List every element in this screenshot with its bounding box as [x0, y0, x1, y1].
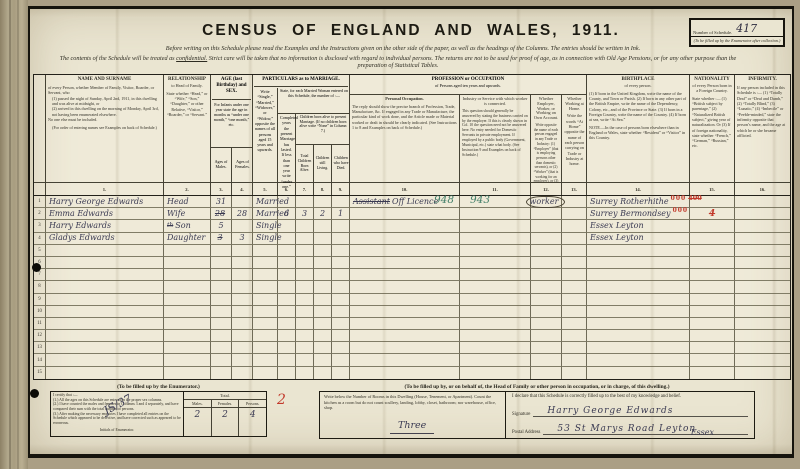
- instruction-line-1b-text: The entries should be written in Ink.: [551, 45, 641, 52]
- row-1-occ-text: Off Licence: [392, 197, 438, 207]
- row-9-years: [278, 294, 296, 306]
- row-8-ind: [460, 281, 531, 293]
- schedule-number-label: Number of Schedule.: [693, 30, 732, 35]
- row-10-num: 10: [34, 306, 46, 318]
- table-row-2: 2Emma EdwardsWife2828Married6321Surrey B…: [34, 208, 790, 220]
- row-10-nat: [690, 306, 735, 318]
- header-age-group: AGE (last Birthday) and SEX. For Infants…: [211, 75, 253, 182]
- row-3-wk: [531, 220, 562, 232]
- row-13-name: [46, 342, 164, 354]
- row-2-name: Emma Edwards: [46, 208, 164, 220]
- row-10-occ: [350, 306, 460, 318]
- header-age-title: AGE (last Birthday) and SEX.: [212, 77, 251, 100]
- totals-header: Total.: [184, 392, 266, 400]
- row-1-living: [314, 196, 332, 208]
- row-2-name-text: Emma Edwards: [49, 209, 113, 219]
- row-14-inf: [735, 354, 790, 366]
- row-10-died: [332, 306, 350, 318]
- row-7-inf: [735, 269, 790, 281]
- row-2-birth-text: 000: [673, 207, 689, 214]
- row-14-rel: [164, 354, 211, 366]
- header-profession-group: PROFESSION or OCCUPATION of Persons aged…: [350, 75, 587, 182]
- row-2-inf: [735, 208, 790, 220]
- row-9-rel: [164, 294, 211, 306]
- row-14-born: [296, 354, 314, 366]
- page-title: CENSUS OF ENGLAND AND WALES, 1911.: [30, 22, 792, 40]
- colnum-14: 14.: [587, 183, 690, 195]
- row-11-ind: [460, 318, 531, 330]
- row-2-living: 2: [314, 208, 332, 220]
- row-8-home: [562, 281, 587, 293]
- header-condition-body: Write “Single,” “Married,” “Widower,” or…: [253, 88, 278, 182]
- row-6-cond: [253, 257, 278, 269]
- row-4-age_f-text: 3: [239, 233, 244, 243]
- row-4-wk: [531, 233, 562, 245]
- colnum-13: 13.: [562, 183, 587, 195]
- row-9-num: 9: [34, 294, 46, 306]
- header-infirmity: INFIRMITY. If any person included in thi…: [735, 75, 790, 182]
- row-2-ind: [460, 208, 531, 220]
- row-5-age_f: [232, 245, 253, 257]
- row-2-died-text: 1: [338, 209, 343, 219]
- header-children-living: Children still Living.: [314, 145, 332, 182]
- row-13-occ: [350, 342, 460, 354]
- colnum-1: 1.: [46, 183, 164, 195]
- row-6-died: [332, 257, 350, 269]
- confidential-underlined: confidential.: [176, 55, 207, 62]
- row-8-name: [46, 281, 164, 293]
- row-5-home: [562, 245, 587, 257]
- row-15-ind: [460, 367, 531, 379]
- row-15-num: 15: [34, 367, 46, 379]
- row-12-years: [278, 330, 296, 342]
- household-box: Write below the Number of Rooms in this …: [319, 391, 755, 439]
- instruction-line-1-text: Before writing on this Schedule please r…: [166, 45, 549, 52]
- row-7-cond: [253, 269, 278, 281]
- row-2-nat-text: 4: [709, 209, 715, 219]
- header-personal-occupation: Personal Occupation. The reply should sh…: [350, 95, 460, 182]
- row-3-rel-text: th: [167, 221, 173, 231]
- row-7-nat: [690, 269, 735, 281]
- row-7-occ: [350, 269, 460, 281]
- header-birthplace: BIRTHPLACE of every person. (1) If born …: [587, 75, 690, 182]
- row-14-home: [562, 354, 587, 366]
- header-name-item2: (2) arrived in this dwelling on the morn…: [48, 106, 161, 117]
- table-row-13: 13: [34, 342, 790, 354]
- row-1-name: Harry George Edwards: [46, 196, 164, 208]
- females-label: Females.: [212, 400, 239, 408]
- row-11-years: [278, 318, 296, 330]
- row-13-wk: [531, 342, 562, 354]
- row-8-living: [314, 281, 332, 293]
- row-3-rel: thSon: [164, 220, 211, 232]
- address-label: Postal Address: [512, 430, 540, 435]
- row-1-age_m-text: 31: [216, 197, 226, 207]
- totals-males-col: Males. 2: [184, 400, 212, 436]
- rooms-value: Three: [390, 420, 434, 434]
- row-2-nat: 4: [690, 208, 735, 220]
- row-13-nat: [690, 342, 735, 354]
- colnum-7: 7.: [296, 183, 314, 195]
- row-10-born: [296, 306, 314, 318]
- table-row-3: 3Harry EdwardsthSon5SingleEssex Leyton: [34, 220, 790, 232]
- row-2-age_f: 28: [232, 208, 253, 220]
- row-11-died: [332, 318, 350, 330]
- header-nationality-sub: of every Person born in a Foreign Countr…: [691, 84, 733, 94]
- row-1-age_f: [232, 196, 253, 208]
- row-13-rel: [164, 342, 211, 354]
- row-9-living: [314, 294, 332, 306]
- header-years-married-body: Completed years the present Marriage has…: [278, 114, 296, 182]
- persons-label: Persons.: [239, 400, 266, 408]
- table-row-14: 14: [34, 354, 790, 366]
- row-4-num: 4: [34, 233, 46, 245]
- header-married-woman-title: State, for each Married Woman entered on…: [278, 88, 350, 114]
- rooms-section: Write below the Number of Rooms in this …: [320, 392, 506, 438]
- row-10-home: [562, 306, 587, 318]
- row-2-years-text: 6: [284, 209, 289, 219]
- table-body: 1Harry George EdwardsHead31MarriedAssist…: [34, 196, 790, 379]
- row-3-occ: [350, 220, 460, 232]
- row-12-name: [46, 330, 164, 342]
- row-12-born: [296, 330, 314, 342]
- row-9-wk: [531, 294, 562, 306]
- instruction-line-2a-text: The contents of the Schedule will be tre…: [60, 55, 176, 62]
- row-6-age_f: [232, 257, 253, 269]
- schedule-number-value: 417: [736, 22, 757, 35]
- row-5-nat: [690, 245, 735, 257]
- row-4-cond: Single: [253, 233, 278, 245]
- row-14-name: [46, 354, 164, 366]
- row-5-birth: [587, 245, 690, 257]
- row-8-rel: [164, 281, 211, 293]
- row-4-birth: Essex Leyton: [587, 233, 690, 245]
- row-2-home: [562, 208, 587, 220]
- row-14-birth: [587, 354, 690, 366]
- table-header: NAME AND SURNAME of every Person, whethe…: [34, 75, 790, 182]
- header-children-born: Total Children Born Alive.: [296, 145, 314, 182]
- row-5-wk: [531, 245, 562, 257]
- row-6-occ: [350, 257, 460, 269]
- row-9-home: [562, 294, 587, 306]
- row-12-occ: [350, 330, 460, 342]
- row-15-died: [332, 367, 350, 379]
- row-3-died: [332, 220, 350, 232]
- males-label: Males.: [184, 400, 211, 408]
- header-infirmity-body: If any person included in this Schedule …: [735, 84, 790, 139]
- row-14-cond: [253, 354, 278, 366]
- row-3-cond: Single: [253, 220, 278, 232]
- declaration-section: I declare that this Schedule is correctl…: [506, 392, 754, 438]
- row-2-living-text: 2: [320, 209, 325, 219]
- row-5-num: 5: [34, 245, 46, 257]
- row-11-name: [46, 318, 164, 330]
- row-15-name: [46, 367, 164, 379]
- enumerator-certification: I certify that :— (1.) All the ages on t…: [51, 392, 183, 436]
- address-value: 53 St Marys Road Leyton: [557, 424, 696, 434]
- row-10-birth: [587, 306, 690, 318]
- row-7-born: [296, 269, 314, 281]
- header-children-died: Children who have Died.: [332, 145, 350, 182]
- row-9-age_m: [211, 294, 232, 306]
- row-12-inf: [735, 330, 790, 342]
- row-3-name-text: Harry Edwards: [49, 221, 111, 231]
- row-6-rel: [164, 257, 211, 269]
- initials-label: Initials of Enumerator.: [53, 428, 181, 433]
- row-3-age_f: [232, 220, 253, 232]
- row-14-nat: [690, 354, 735, 366]
- row-13-age_f: [232, 342, 253, 354]
- row-7-name: [46, 269, 164, 281]
- header-relationship-body: State whether “Head,” or “Wife,” “Son,” …: [164, 90, 210, 119]
- red-tally-mark: 2: [277, 392, 286, 408]
- row-4-age_m-text: 3: [217, 233, 222, 243]
- row-2-occ: [350, 208, 460, 220]
- row-6-home: [562, 257, 587, 269]
- row-8-cond: [253, 281, 278, 293]
- row-13-num: 13: [34, 342, 46, 354]
- row-10-years: [278, 306, 296, 318]
- table-row-7: 7: [34, 269, 790, 281]
- row-8-age_m: [211, 281, 232, 293]
- schedule-number-note: (To be filled up by the Enumerator after…: [691, 37, 783, 45]
- row-3-age_m-text: 5: [218, 221, 223, 231]
- header-nationality-body: State whether :— (1) “British subject by…: [690, 95, 734, 150]
- colnum-12: 12.: [531, 183, 562, 195]
- row-8-num: 8: [34, 281, 46, 293]
- header-working-at-home: Whether Working at Home. Write the words…: [562, 95, 587, 182]
- row-3-rel-text: Son: [175, 221, 190, 231]
- row-11-age_f: [232, 318, 253, 330]
- row-3-inf: [735, 220, 790, 232]
- row-3-nat: [690, 220, 735, 232]
- row-14-wk: [531, 354, 562, 366]
- row-3-age_m: 5: [211, 220, 232, 232]
- row-11-born: [296, 318, 314, 330]
- header-birthplace-body: (1) If born in the United Kingdom, write…: [587, 90, 689, 124]
- row-2-age_m: 28: [211, 208, 232, 220]
- row-10-age_m: [211, 306, 232, 318]
- row-11-rel: [164, 318, 211, 330]
- row-5-years: [278, 245, 296, 257]
- row-2-died: 1: [332, 208, 350, 220]
- row-5-born: [296, 245, 314, 257]
- row-1-occ-text: Assistant: [353, 197, 390, 207]
- row-4-rel-text: Daughter: [167, 233, 205, 243]
- row-14-living: [314, 354, 332, 366]
- table-row-4: 4Gladys EdwardsDaughter33SingleEssex Ley…: [34, 233, 790, 245]
- row-8-inf: [735, 281, 790, 293]
- row-9-ind: [460, 294, 531, 306]
- row-7-wk: [531, 269, 562, 281]
- header-industry-body: This question should generally be answer…: [460, 108, 530, 159]
- row-7-ind: [460, 269, 531, 281]
- row-3-home: [562, 220, 587, 232]
- colnum-9: 9.: [332, 183, 350, 195]
- row-13-years: [278, 342, 296, 354]
- row-12-ind: [460, 330, 531, 342]
- row-9-age_f: [232, 294, 253, 306]
- row-6-age_m: [211, 257, 232, 269]
- totals-females-col: Females. 2: [212, 400, 240, 436]
- row-8-nat: [690, 281, 735, 293]
- certify-3: (3.) After making the necessary enquirie…: [53, 412, 181, 426]
- signature-row: Signature Harry George Edwards: [512, 406, 748, 417]
- colnum-blank: [34, 183, 46, 195]
- row-10-living: [314, 306, 332, 318]
- row-13-cond: [253, 342, 278, 354]
- row-1-died: [332, 196, 350, 208]
- row-13-inf: [735, 342, 790, 354]
- row-7-age_m: [211, 269, 232, 281]
- row-14-num: 14: [34, 354, 46, 366]
- row-4-age_f: 3: [232, 233, 253, 245]
- row-13-born: [296, 342, 314, 354]
- bottom-section: (To be filled up by the Enumerator.) (To…: [30, 382, 792, 448]
- header-name-body: of every Person, whether Member of Famil…: [48, 85, 161, 96]
- row-2-rel: Wife: [164, 208, 211, 220]
- header-occupation-body: The reply should show the precise branch…: [350, 103, 459, 132]
- header-profession-title-band: PROFESSION or OCCUPATION of Persons aged…: [350, 75, 586, 95]
- row-14-ind: [460, 354, 531, 366]
- row-7-years: [278, 269, 296, 281]
- header-relationship-sub: to Head of Family.: [165, 84, 209, 89]
- row-15-rel: [164, 367, 211, 379]
- row-15-cond: [253, 367, 278, 379]
- row-11-living: [314, 318, 332, 330]
- row-12-died: [332, 330, 350, 342]
- row-11-inf: [735, 318, 790, 330]
- row-5-died: [332, 245, 350, 257]
- row-11-nat: [690, 318, 735, 330]
- column-number-row: 1. 2. 3. 4. 5. 6. 7. 8. 9. 10. 11. 12. 1…: [34, 182, 790, 196]
- header-birthplace-sub: of every person.: [588, 84, 688, 89]
- row-6-ind: [460, 257, 531, 269]
- row-14-years: [278, 354, 296, 366]
- row-2-age_f-text: 28: [237, 209, 247, 219]
- row-1-rel-text: Head: [167, 197, 189, 207]
- row-4-name: Gladys Edwards: [46, 233, 164, 245]
- row-10-rel: [164, 306, 211, 318]
- row-15-inf: [735, 367, 790, 379]
- colnum-8: 8.: [314, 183, 332, 195]
- header-employer-body: Write opposite the name of each person e…: [531, 122, 561, 182]
- header-employer-worker: Whether Employer, Worker, or Working on …: [531, 95, 562, 182]
- row-11-occ: [350, 318, 460, 330]
- row-14-age_f: [232, 354, 253, 366]
- row-9-occ: [350, 294, 460, 306]
- row-3-num: 3: [34, 220, 46, 232]
- persons-value: 4: [250, 410, 256, 420]
- row-12-birth: [587, 330, 690, 342]
- row-13-living: [314, 342, 332, 354]
- row-10-cond: [253, 306, 278, 318]
- row-14-occ: [350, 354, 460, 366]
- hole-punch-top: [32, 263, 41, 272]
- row-8-died: [332, 281, 350, 293]
- row-1-cond-text: Married: [256, 197, 289, 207]
- header-home-body: Write the words “At Home” opposite the n…: [562, 112, 587, 167]
- header-marriage-title: PARTICULARS as to MARRIAGE.: [254, 77, 348, 87]
- hole-punch-bottom: [30, 389, 39, 398]
- row-2-birth-text: Surrey Bermondsey: [590, 209, 671, 219]
- row-9-born: [296, 294, 314, 306]
- row-5-age_m: [211, 245, 232, 257]
- row-14-died: [332, 354, 350, 366]
- row-4-living: [314, 233, 332, 245]
- header-profession-sub: of Persons aged ten years and upwards.: [351, 84, 585, 89]
- row-12-cond: [253, 330, 278, 342]
- row-15-home: [562, 367, 587, 379]
- header-employer-title: Whether Employer, Worker, or Working on …: [532, 97, 560, 121]
- row-13-ind: [460, 342, 531, 354]
- row-6-years: [278, 257, 296, 269]
- row-6-born: [296, 257, 314, 269]
- row-2-rel-text: Wife: [167, 209, 185, 219]
- row-15-born: [296, 367, 314, 379]
- row-1-born: [296, 196, 314, 208]
- totals-persons-col: Persons. 4: [239, 400, 266, 436]
- table-row-8: 8: [34, 281, 790, 293]
- row-14-age_m: [211, 354, 232, 366]
- row-3-birth: Essex Leyton: [587, 220, 690, 232]
- row-10-inf: [735, 306, 790, 318]
- schedule-number-box: Number of Schedule. 417 (To be filled up…: [689, 18, 785, 47]
- table-row-15: 15: [34, 367, 790, 379]
- row-3-born: [296, 220, 314, 232]
- row-2-age_m-text: 28: [215, 209, 225, 219]
- row-6-inf: [735, 257, 790, 269]
- census-table: NAME AND SURNAME of every Person, whethe…: [33, 74, 791, 380]
- row-12-rel: [164, 330, 211, 342]
- row-9-nat: [690, 294, 735, 306]
- row-6-name: [46, 257, 164, 269]
- row-1-wk-text: worker: [526, 196, 566, 208]
- row-10-wk: [531, 306, 562, 318]
- header-children-body: Children born alive to present Marriage.…: [296, 114, 350, 145]
- header-age-females: Ages of Females.: [232, 148, 253, 182]
- colnum-6: 6.: [278, 183, 296, 195]
- declaration-text: I declare that this Schedule is correctl…: [512, 394, 748, 399]
- row-5-ind: [460, 245, 531, 257]
- row-1-occ: AssistantOff Licence948: [350, 196, 460, 208]
- row-4-age_m: 3: [211, 233, 232, 245]
- table-row-12: 12: [34, 330, 790, 342]
- row-4-cond-text: Single: [256, 233, 282, 243]
- row-1-num: 1: [34, 196, 46, 208]
- row-4-inf: [735, 233, 790, 245]
- row-4-died: [332, 233, 350, 245]
- instruction-line-1: Before writing on this Schedule please r…: [44, 45, 762, 52]
- header-home-title: Whether Working at Home.: [563, 97, 586, 111]
- row-1-age_m: 31: [211, 196, 232, 208]
- census-form-sheet: Number of Schedule. 417 (To be filled up…: [28, 6, 794, 458]
- row-8-wk: [531, 281, 562, 293]
- table-row-11: 11: [34, 318, 790, 330]
- row-4-nat: [690, 233, 735, 245]
- females-value: 2: [222, 410, 228, 420]
- header-name-title: NAME AND SURNAME: [47, 77, 162, 83]
- totals-table: Total. Males. 2 Females. 2 Persons. 4: [183, 392, 266, 436]
- book-binding-edge: [0, 0, 28, 469]
- row-15-birth: [587, 367, 690, 379]
- row-12-num: 12: [34, 330, 46, 342]
- row-2-num: 2: [34, 208, 46, 220]
- row-1-occ-text: 948: [434, 194, 454, 206]
- row-1-cond: Married: [253, 196, 278, 208]
- row-8-years: [278, 281, 296, 293]
- row-9-inf: [735, 294, 790, 306]
